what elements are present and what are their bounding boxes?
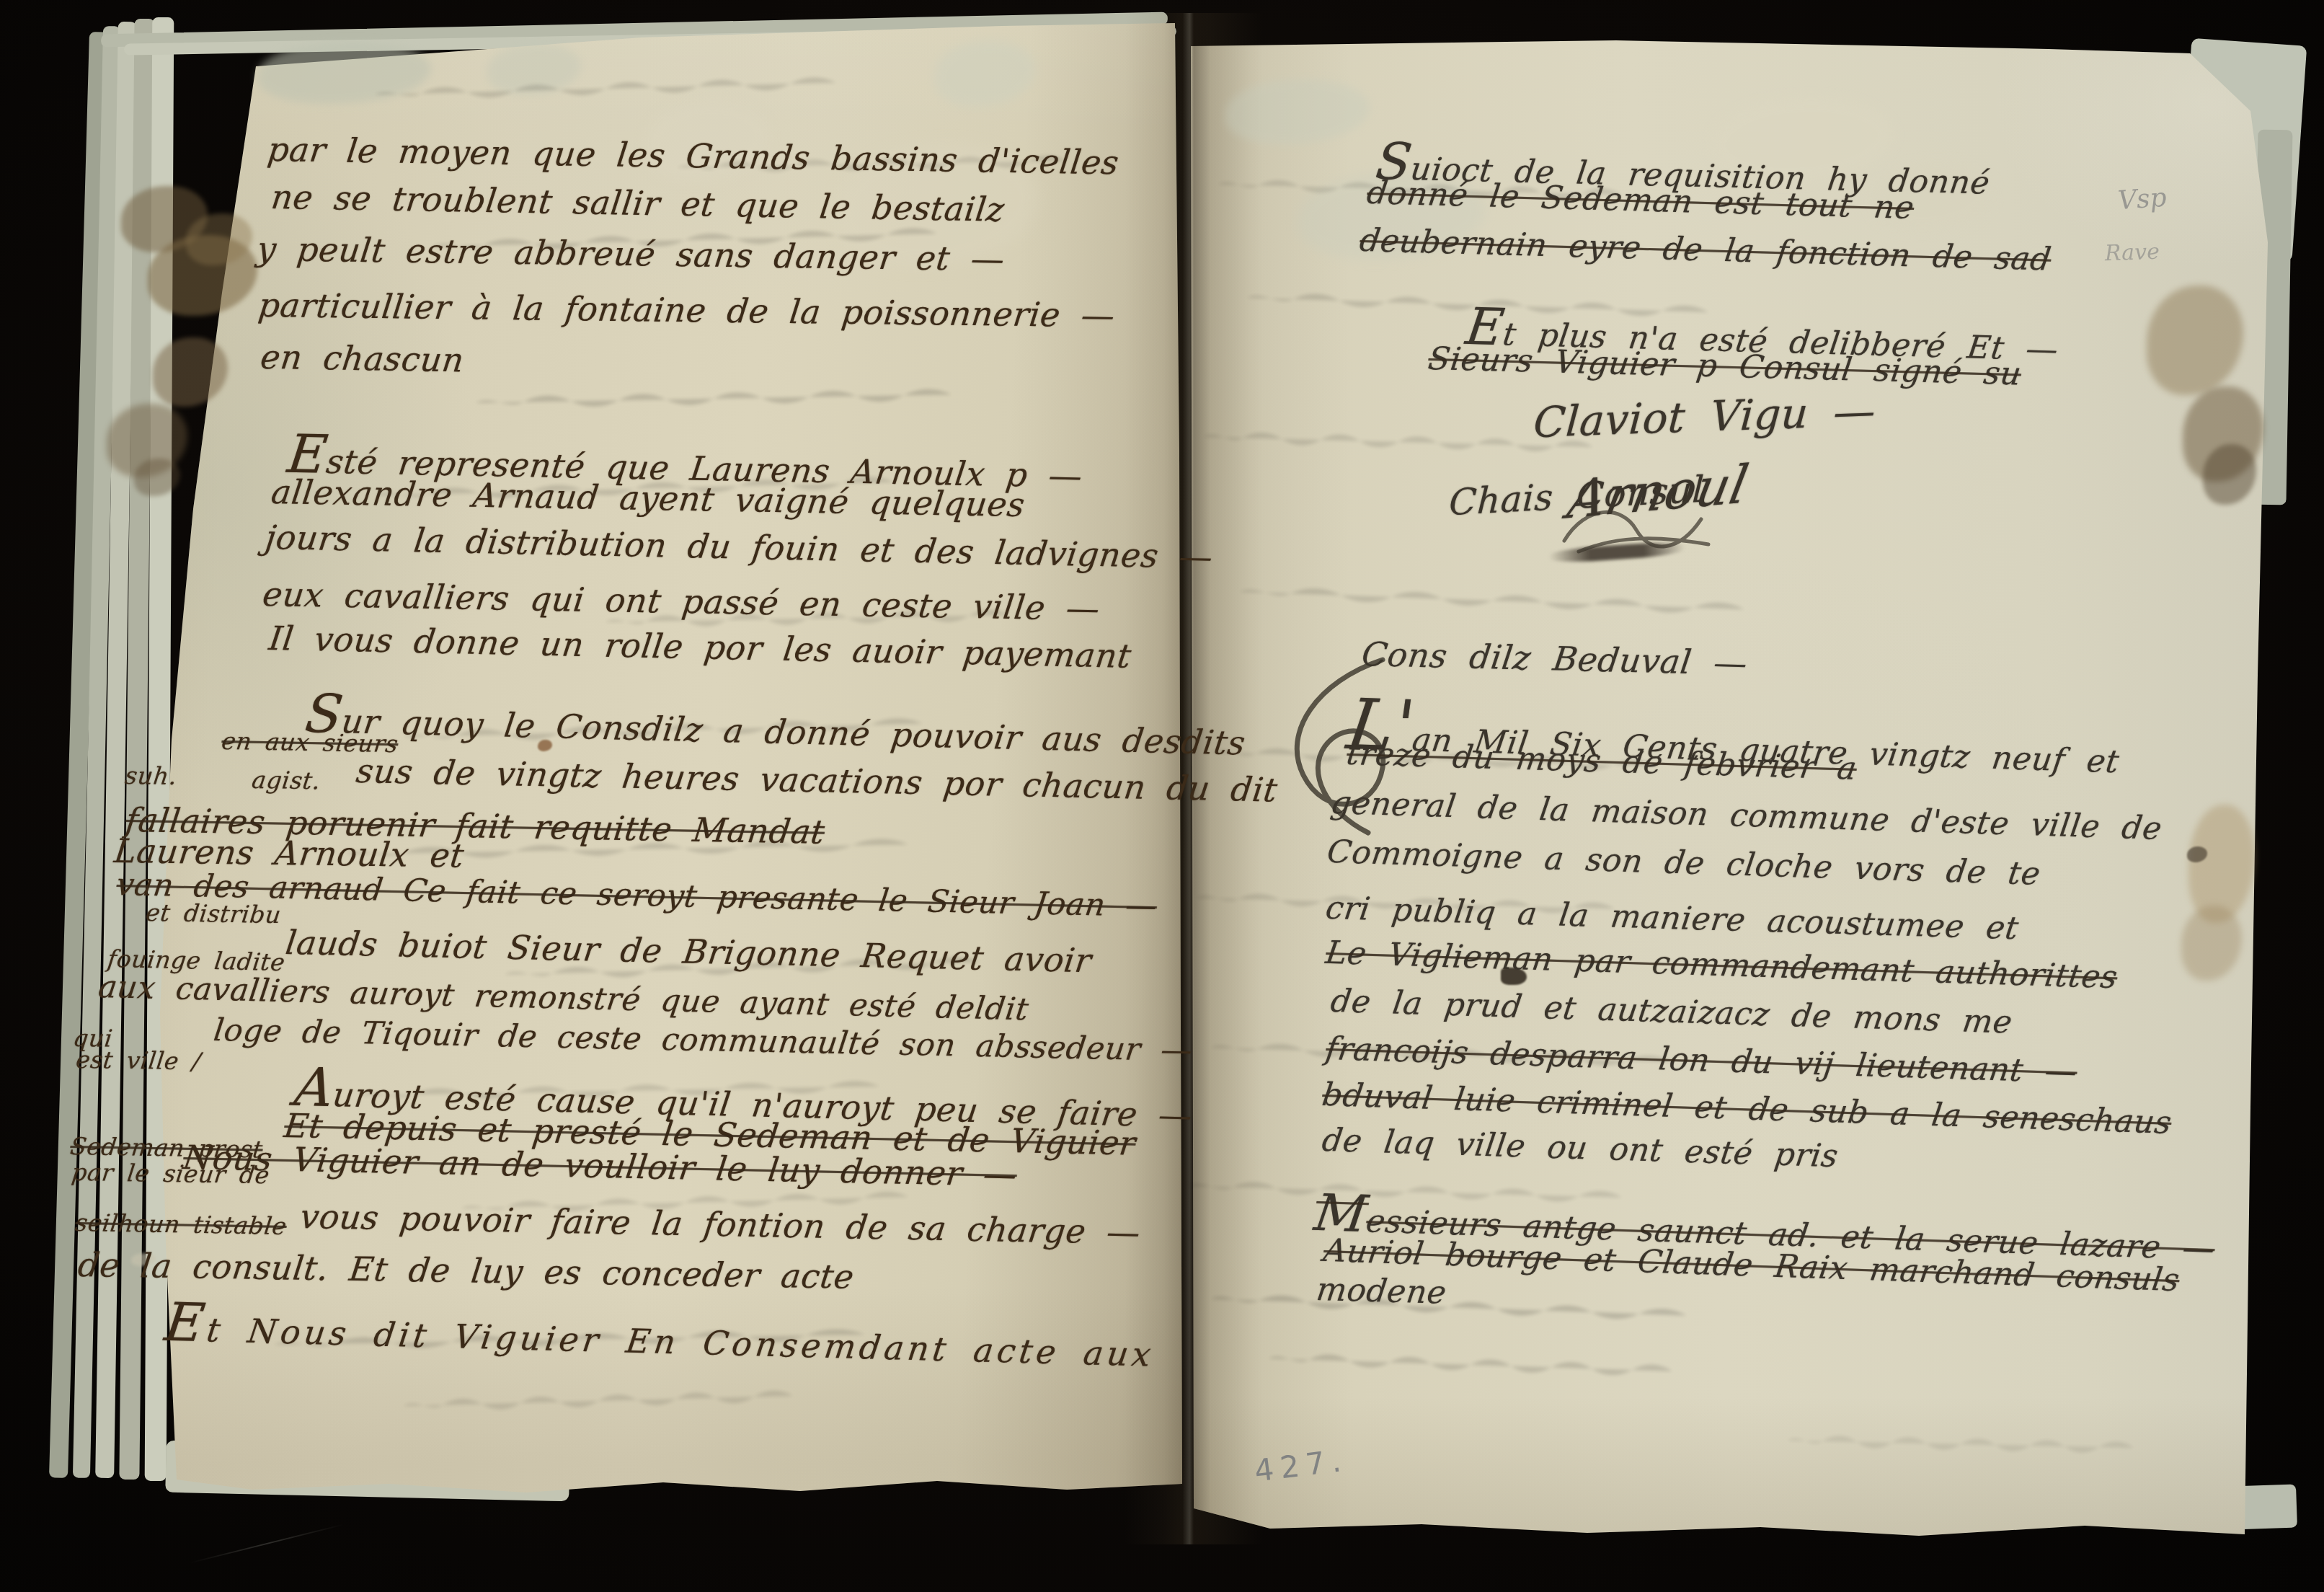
interline-note: en aux sieurs (220, 727, 400, 758)
paper-stain (134, 459, 180, 496)
margin-note: agist. (250, 766, 322, 795)
margin-note: fouinge ladite (106, 945, 287, 976)
manuscript-line: modene (1314, 1271, 1448, 1312)
corner-mark: Vsp (2117, 183, 2168, 216)
margin-note: suh. (123, 761, 179, 790)
margin-note: par le sieur de (70, 1158, 271, 1189)
corner-mark: Rave (2104, 239, 2160, 267)
margin-note: et distribu (144, 898, 283, 929)
signature-swash (1557, 497, 1716, 562)
margin-note: est ville / (74, 1045, 203, 1075)
margin-note: seilhoun tistable (74, 1208, 288, 1240)
manuscript-line: en chascun (258, 337, 466, 379)
scratch (190, 1524, 344, 1563)
manuscript-photo: par le moyen que les Grands bassins d'ic… (0, 0, 2324, 1592)
